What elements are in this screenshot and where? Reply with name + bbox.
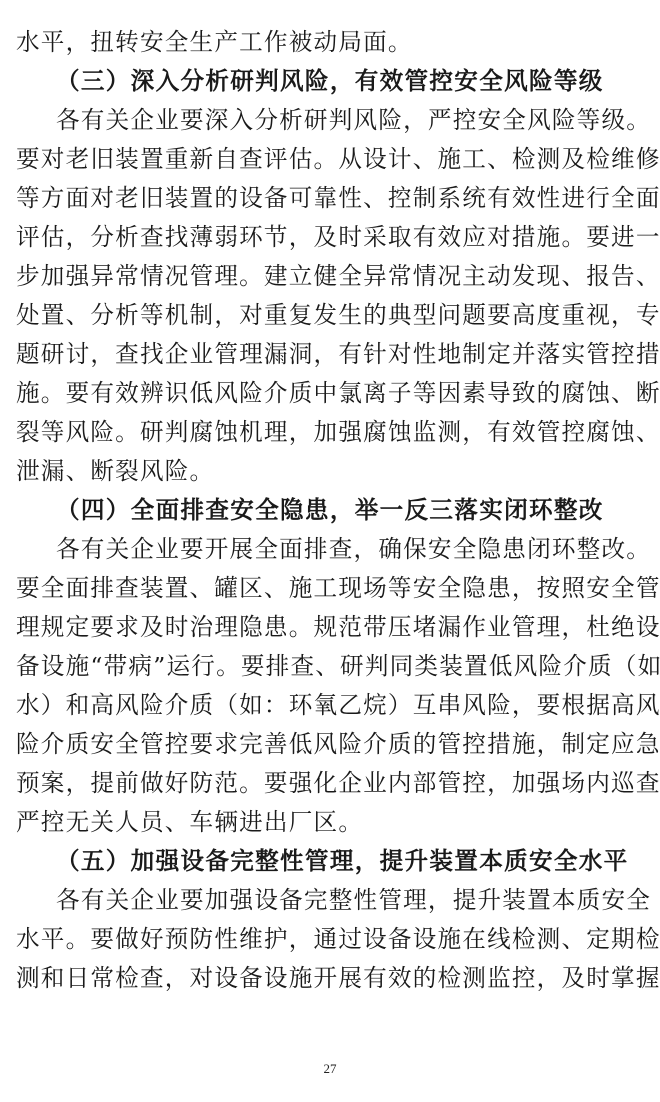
text-line: 备设施“带病”运行。要排查、研判同类装置低风险介质（如：	[16, 647, 650, 685]
text-line: 等方面对老旧装置的设备可靠性、控制系统有效性进行全面	[16, 179, 650, 217]
paragraph-start: 各有关企业要加强设备完整性管理，提升装置本质安全	[56, 881, 650, 919]
text-line: 预案，提前做好防范。要强化企业内部管控，加强场内巡查，	[16, 764, 650, 802]
text-line: 理规定要求及时治理隐患。规范带压堵漏作业管理，杜绝设	[16, 608, 650, 646]
text-line: 处置、分析等机制，对重复发生的典型问题要高度重视，专	[16, 296, 650, 334]
text-line: 题研讨，查找企业管理漏洞，有针对性地制定并落实管控措	[16, 335, 650, 373]
text-line: 险介质安全管控要求完善低风险介质的管控措施，制定应急	[16, 725, 650, 763]
text-line: 要全面排查装置、罐区、施工现场等安全隐患，按照安全管	[16, 569, 650, 607]
text-line: 评估，分析查找薄弱环节，及时采取有效应对措施。要进一	[16, 218, 650, 256]
text-line: 裂等风险。研判腐蚀机理，加强腐蚀监测，有效管控腐蚀、	[16, 413, 650, 451]
text-line: 泄漏、断裂风险。	[16, 452, 650, 490]
text-line: 测和日常检查，对设备设施开展有效的检测监控，及时掌握	[16, 959, 650, 997]
section-heading-4: （四）全面排查安全隐患，举一反三落实闭环整改	[56, 491, 604, 529]
section-heading-5: （五）加强设备完整性管理，提升装置本质安全水平	[56, 842, 629, 880]
text-line: 步加强异常情况管理。建立健全异常情况主动发现、报告、	[16, 257, 650, 295]
text-line: 水平，扭转安全生产工作被动局面。	[16, 23, 650, 61]
paragraph-start: 各有关企业要深入分析研判风险，严控安全风险等级。	[56, 101, 650, 139]
paragraph-start: 各有关企业要开展全面排查，确保安全隐患闭环整改。	[56, 530, 650, 568]
text-line: 水平。要做好预防性维护，通过设备设施在线检测、定期检	[16, 920, 650, 958]
text-line: 要对老旧装置重新自查评估。从设计、施工、检测及检维修	[16, 140, 650, 178]
text-line: 施。要有效辨识低风险介质中氯离子等因素导致的腐蚀、断	[16, 374, 650, 412]
text-line: 水）和高风险介质（如：环氧乙烷）互串风险，要根据高风	[16, 686, 650, 724]
text-line: 严控无关人员、车辆进出厂区。	[16, 803, 650, 841]
page-number: 27	[0, 1061, 660, 1077]
section-heading-3: （三）深入分析研判风险，有效管控安全风险等级	[56, 62, 604, 100]
document-page: 水平，扭转安全生产工作被动局面。 （三）深入分析研判风险，有效管控安全风险等级 …	[0, 0, 660, 1102]
